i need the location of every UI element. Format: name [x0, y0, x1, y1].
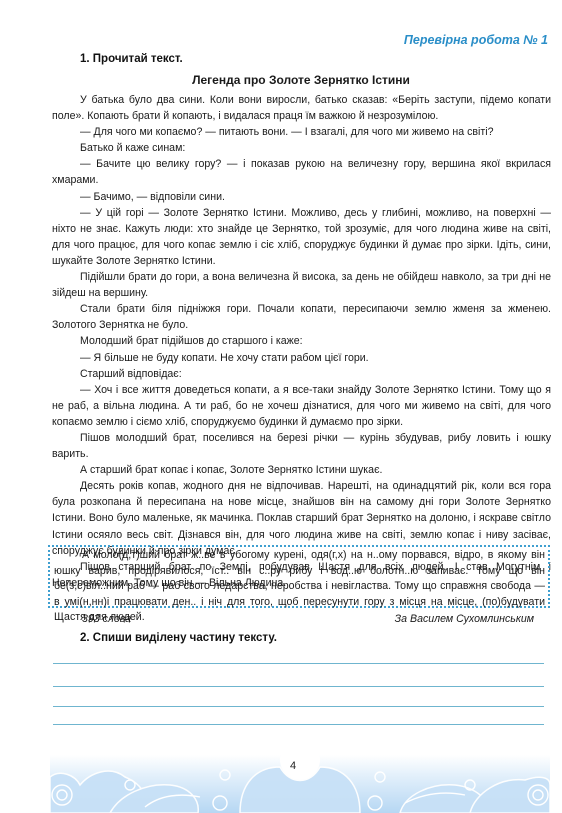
- paragraph: Молодший брат підійшов до старшого і каж…: [52, 333, 551, 349]
- test-title: Перевірна робота № 1: [404, 33, 548, 47]
- paragraph: А старший брат копає і копає, Золоте Зер…: [52, 462, 551, 478]
- paragraph: Стали брати біля підніжжя гори. Почали к…: [52, 301, 551, 333]
- task-1-heading: 1. Прочитай текст.: [80, 53, 183, 65]
- story-meta: 393 слова За Василем Сухомлинським: [82, 613, 534, 625]
- attribution: За Василем Сухомлинським: [395, 613, 534, 625]
- paragraph: — Хоч і все життя доведеться копати, а я…: [52, 382, 551, 430]
- paragraph: — У цій горі — Золоте Зернятко Істини. М…: [52, 205, 551, 269]
- floral-ornament-icon: [50, 755, 550, 813]
- paragraph: — Для чого ми копаємо? — питають вони. —…: [52, 124, 551, 140]
- writing-line[interactable]: [53, 724, 544, 725]
- writing-line[interactable]: [53, 663, 544, 664]
- writing-line[interactable]: [53, 686, 544, 687]
- paragraph: Батько й каже синам:: [52, 140, 551, 156]
- story-title: Легенда про Золоте Зернятко Істини: [0, 73, 562, 87]
- highlighted-passage: А моло(д,т)ший брат ж..ве в убогому куре…: [48, 545, 550, 608]
- paragraph: — Бачимо, — відповіли сини.: [52, 189, 551, 205]
- word-count: 393 слова: [82, 613, 131, 625]
- paragraph: Підійшли брати до гори, а вона величезна…: [52, 269, 551, 301]
- paragraph: — Я більше не буду копати. Не хочу стати…: [52, 350, 551, 366]
- paragraph: У батька було два сини. Коли вони виросл…: [52, 92, 551, 124]
- paragraph: Пішов молодший брат, поселився на березі…: [52, 430, 551, 462]
- paragraph: Старший відповідає:: [52, 366, 551, 382]
- page-number: 4: [290, 760, 296, 772]
- paragraph: — Бачите цю велику гору? — і показав рук…: [52, 156, 551, 188]
- story-text: У батька було два сини. Коли вони виросл…: [52, 92, 551, 591]
- writing-line[interactable]: [53, 706, 544, 707]
- task-2-heading: 2. Спиши виділену частину тексту.: [80, 632, 277, 644]
- footer-ornament: [50, 755, 550, 813]
